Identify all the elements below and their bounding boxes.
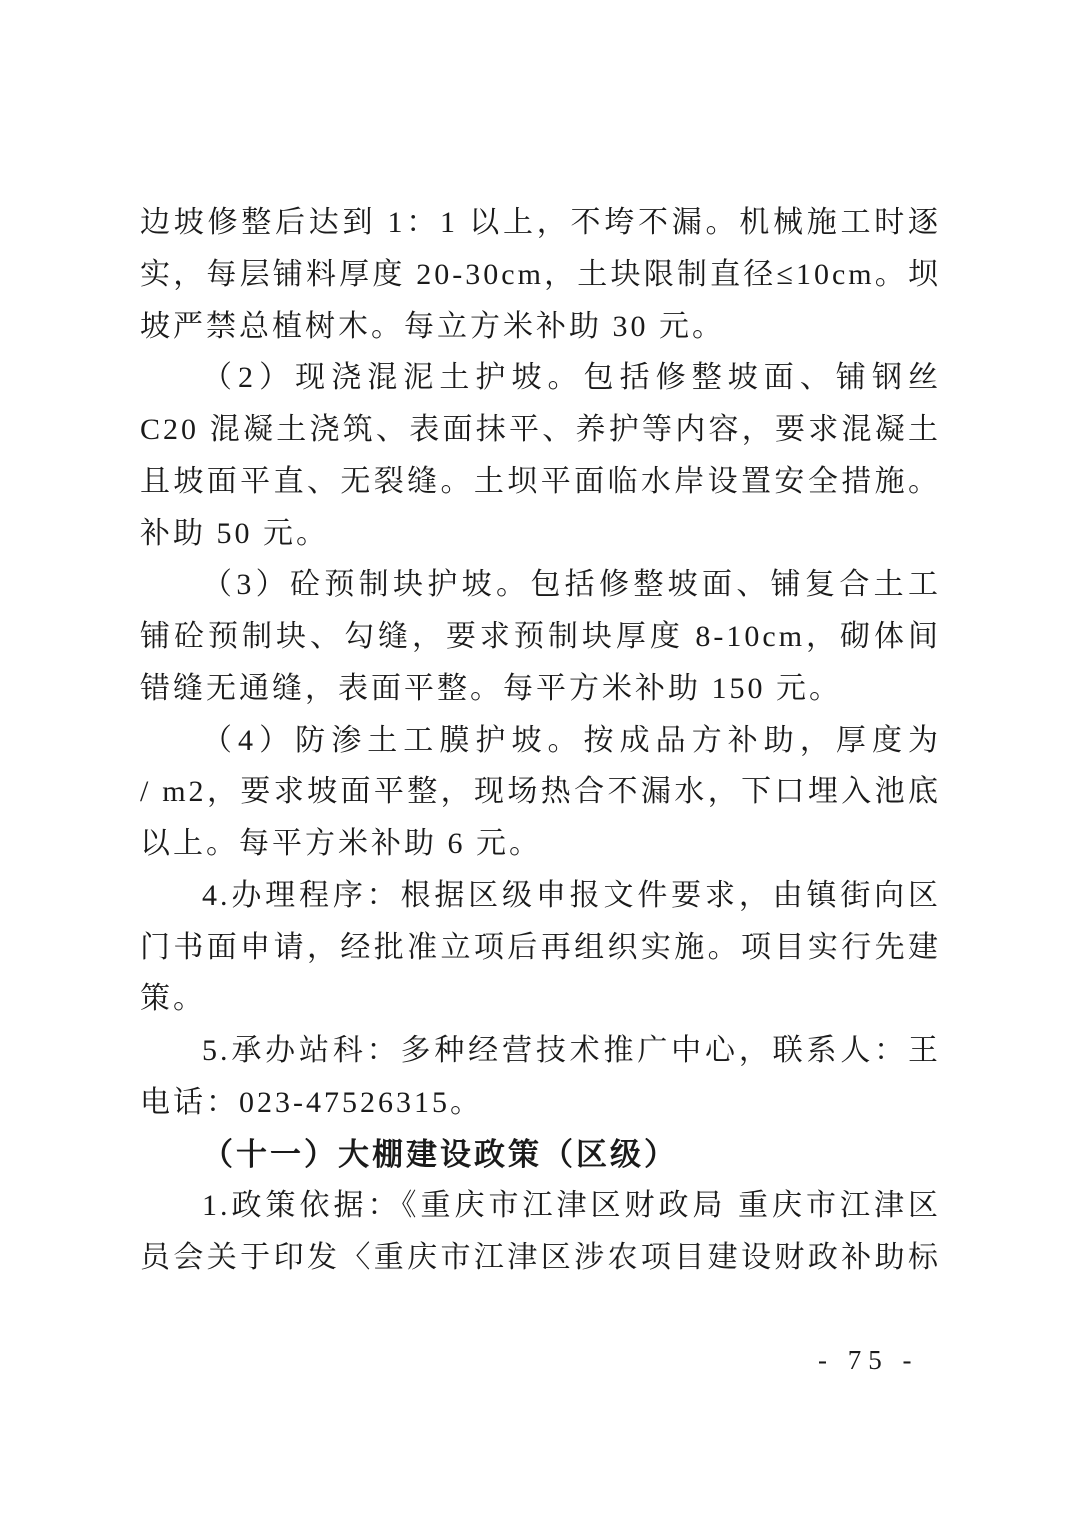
paragraph-dam-slope: 边坡修整后达到 1：1 以上，不垮不漏。机械施工时逐层碾压紧 实，每层铺料厚度 … [140,197,941,352]
paragraph-policy-basis: 1.政策依据：《重庆市江津区财政局 重庆市江津区农业委 员会关于印发〈重庆市江津… [140,1180,941,1284]
text-line: 铺砼预制块、勾缝，要求预制块厚度 8-10cm，砌体间咬扣紧密， [140,611,941,663]
text-line: 错缝无通缝，表面平整。每平方米补助 150 元。 [140,663,941,715]
text-line: 坡严禁总植树木。每立方米补助 30 元。 [140,301,941,353]
text-line: 1.政策依据：《重庆市江津区财政局 重庆市江津区农业委 [140,1180,941,1232]
text-line: 员会关于印发〈重庆市江津区涉农项目建设财政补助标准〉的通 [140,1232,941,1284]
text-line: C20 混凝土浇筑、表面抹平、养护等内容，要求混凝土厚度 10cm。 [140,404,941,456]
text-line: 边坡修整后达到 1：1 以上，不垮不漏。机械施工时逐层碾压紧 [140,197,941,249]
text-line: 策。 [140,973,941,1025]
text-line: 以上。每平方米补助 6 元。 [140,818,941,870]
document-page: 边坡修整后达到 1：1 以上，不垮不漏。机械施工时逐层碾压紧 实，每层铺料厚度 … [0,0,1074,1520]
document-body: 边坡修整后达到 1：1 以上，不垮不漏。机械施工时逐层碾压紧 实，每层铺料厚度 … [140,197,941,1284]
text-line: （4）防渗土工膜护坡。按成品方补助，厚度为 130-300 克 [140,715,941,767]
text-line: 5.承办站科：多种经营技术推广中心，联系人：王盛，联系 [140,1025,941,1077]
text-line: （2）现浇混泥土护坡。包括修整坡面、铺钢丝网、支模、 [140,352,941,404]
section-heading: （十一）大棚建设政策（区级） [140,1129,941,1181]
section-heading-greenhouse-policy: （十一）大棚建设政策（区级） [140,1129,941,1181]
text-line: 电话：023-47526315。 [140,1077,941,1129]
text-line: （3）砼预制块护坡。包括修整坡面、铺复合土工膜和砂、 [140,559,941,611]
paragraph-cast-concrete-slope: （2）现浇混泥土护坡。包括修整坡面、铺钢丝网、支模、 C20 混凝土浇筑、表面抹… [140,352,941,559]
page-number: - 75 - [818,1340,918,1380]
text-line: 门书面申请，经批准立项后再组织实施。项目实行先建后补的政 [140,922,941,974]
text-line: 实，每层铺料厚度 20-30cm，土块限制直径≤10cm。坝体内外 [140,249,941,301]
paragraph-precast-block-slope: （3）砼预制块护坡。包括修整坡面、铺复合土工膜和砂、 铺砼预制块、勾缝，要求预制… [140,559,941,714]
text-line: / m2，要求坡面平整，现场热合不漏水，下口埋入池底 30 厘米 [140,766,941,818]
text-line: 且坡面平直、无裂缝。土坝平面临水岸设置安全措施。每平方米 [140,456,941,508]
paragraph-handling-office: 5.承办站科：多种经营技术推广中心，联系人：王盛，联系 电话：023-47526… [140,1025,941,1129]
paragraph-geomembrane-slope: （4）防渗土工膜护坡。按成品方补助，厚度为 130-300 克 / m2，要求坡… [140,715,941,870]
text-line: 4.办理程序：根据区级申报文件要求，由镇街向区级主管部 [140,870,941,922]
text-line: 补助 50 元。 [140,508,941,560]
paragraph-application-procedure: 4.办理程序：根据区级申报文件要求，由镇街向区级主管部 门书面申请，经批准立项后… [140,870,941,1025]
